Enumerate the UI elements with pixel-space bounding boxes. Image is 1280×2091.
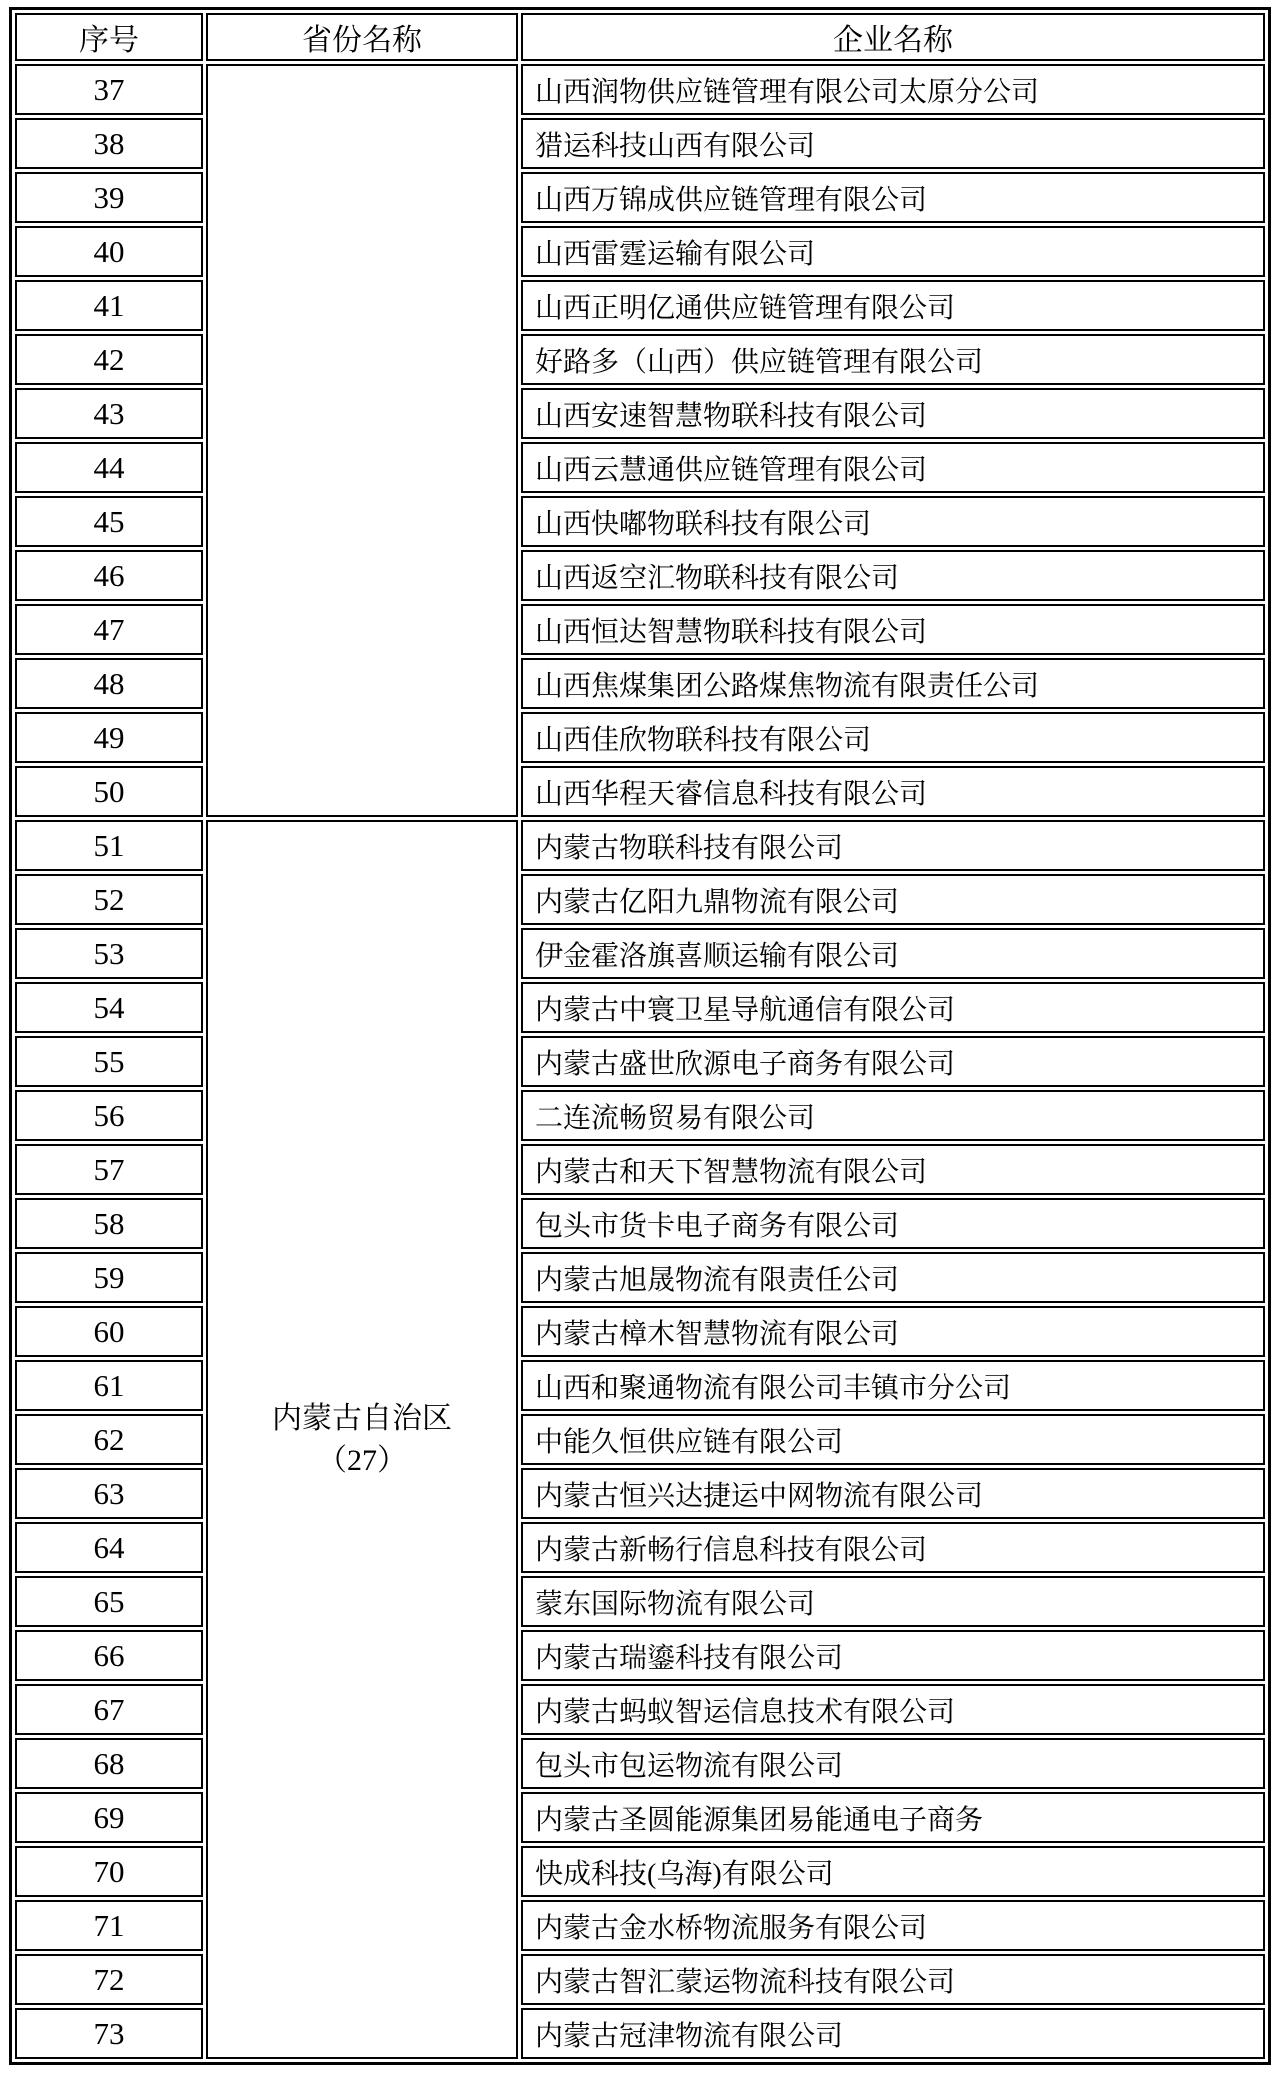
- header-row: 序号 省份名称 企业名称: [15, 13, 1265, 61]
- table-row: 54内蒙古中寰卫星导航通信有限公司: [15, 982, 1265, 1033]
- company-name-cell: 内蒙古旭晟物流有限责任公司: [521, 1252, 1265, 1303]
- row-number-cell: 45: [15, 496, 203, 547]
- row-number-cell: 65: [15, 1576, 203, 1627]
- company-name-cell: 内蒙古圣圆能源集团易能通电子商务: [521, 1792, 1265, 1843]
- table-row: 47山西恒达智慧物联科技有限公司: [15, 604, 1265, 655]
- header-serial-number: 序号: [15, 13, 203, 61]
- table-row: 46山西返空汇物联科技有限公司: [15, 550, 1265, 601]
- table-row: 37山西润物供应链管理有限公司太原分公司: [15, 64, 1265, 115]
- company-name-cell: 山西恒达智慧物联科技有限公司: [521, 604, 1265, 655]
- table-row: 45山西快嘟物联科技有限公司: [15, 496, 1265, 547]
- table-row: 56二连流畅贸易有限公司: [15, 1090, 1265, 1141]
- table-row: 40山西雷霆运输有限公司: [15, 226, 1265, 277]
- company-name-cell: 二连流畅贸易有限公司: [521, 1090, 1265, 1141]
- enterprise-list-table: 序号 省份名称 企业名称 37山西润物供应链管理有限公司太原分公司38猎运科技山…: [9, 7, 1271, 2065]
- table-row: 67内蒙古蚂蚁智运信息技术有限公司: [15, 1684, 1265, 1735]
- row-number-cell: 61: [15, 1360, 203, 1411]
- row-number-cell: 52: [15, 874, 203, 925]
- row-number-cell: 53: [15, 928, 203, 979]
- table-row: 63内蒙古恒兴达捷运中网物流有限公司: [15, 1468, 1265, 1519]
- company-name-cell: 山西雷霆运输有限公司: [521, 226, 1265, 277]
- table-row: 69内蒙古圣圆能源集团易能通电子商务: [15, 1792, 1265, 1843]
- table-row: 42好路多（山西）供应链管理有限公司: [15, 334, 1265, 385]
- company-name-cell: 包头市货卡电子商务有限公司: [521, 1198, 1265, 1249]
- table-row: 49山西佳欣物联科技有限公司: [15, 712, 1265, 763]
- row-number-cell: 56: [15, 1090, 203, 1141]
- company-name-cell: 猎运科技山西有限公司: [521, 118, 1265, 169]
- row-number-cell: 37: [15, 64, 203, 115]
- company-name-cell: 山西华程天睿信息科技有限公司: [521, 766, 1265, 817]
- company-name-cell: 内蒙古蚂蚁智运信息技术有限公司: [521, 1684, 1265, 1735]
- table-row: 59内蒙古旭晟物流有限责任公司: [15, 1252, 1265, 1303]
- table-row: 41山西正明亿通供应链管理有限公司: [15, 280, 1265, 331]
- table-row: 38猎运科技山西有限公司: [15, 118, 1265, 169]
- table-row: 73内蒙古冠津物流有限公司: [15, 2008, 1265, 2059]
- table-row: 48山西焦煤集团公路煤焦物流有限责任公司: [15, 658, 1265, 709]
- table-row: 72内蒙古智汇蒙运物流科技有限公司: [15, 1954, 1265, 2005]
- row-number-cell: 44: [15, 442, 203, 493]
- table-row: 70快成科技(乌海)有限公司: [15, 1846, 1265, 1897]
- table-row: 62中能久恒供应链有限公司: [15, 1414, 1265, 1465]
- row-number-cell: 66: [15, 1630, 203, 1681]
- table-row: 51内蒙古自治区（27）内蒙古物联科技有限公司: [15, 820, 1265, 871]
- row-number-cell: 60: [15, 1306, 203, 1357]
- row-number-cell: 64: [15, 1522, 203, 1573]
- company-name-cell: 山西焦煤集团公路煤焦物流有限责任公司: [521, 658, 1265, 709]
- province-name: 内蒙古自治区: [208, 1398, 516, 1440]
- row-number-cell: 51: [15, 820, 203, 871]
- table-row: 52内蒙古亿阳九鼎物流有限公司: [15, 874, 1265, 925]
- row-number-cell: 63: [15, 1468, 203, 1519]
- company-name-cell: 内蒙古冠津物流有限公司: [521, 2008, 1265, 2059]
- company-name-cell: 内蒙古亿阳九鼎物流有限公司: [521, 874, 1265, 925]
- row-number-cell: 70: [15, 1846, 203, 1897]
- company-name-cell: 山西润物供应链管理有限公司太原分公司: [521, 64, 1265, 115]
- company-name-cell: 山西和聚通物流有限公司丰镇市分公司: [521, 1360, 1265, 1411]
- company-name-cell: 伊金霍洛旗喜顺运输有限公司: [521, 928, 1265, 979]
- row-number-cell: 40: [15, 226, 203, 277]
- company-name-cell: 山西云慧通供应链管理有限公司: [521, 442, 1265, 493]
- company-name-cell: 内蒙古盛世欣源电子商务有限公司: [521, 1036, 1265, 1087]
- row-number-cell: 48: [15, 658, 203, 709]
- row-number-cell: 43: [15, 388, 203, 439]
- company-name-cell: 快成科技(乌海)有限公司: [521, 1846, 1265, 1897]
- row-number-cell: 55: [15, 1036, 203, 1087]
- table-row: 64内蒙古新畅行信息科技有限公司: [15, 1522, 1265, 1573]
- company-name-cell: 内蒙古瑞鎏科技有限公司: [521, 1630, 1265, 1681]
- company-name-cell: 内蒙古新畅行信息科技有限公司: [521, 1522, 1265, 1573]
- company-name-cell: 山西万锦成供应链管理有限公司: [521, 172, 1265, 223]
- table-row: 50山西华程天睿信息科技有限公司: [15, 766, 1265, 817]
- table-row: 53伊金霍洛旗喜顺运输有限公司: [15, 928, 1265, 979]
- company-name-cell: 内蒙古恒兴达捷运中网物流有限公司: [521, 1468, 1265, 1519]
- row-number-cell: 50: [15, 766, 203, 817]
- company-name-cell: 蒙东国际物流有限公司: [521, 1576, 1265, 1627]
- table-row: 44山西云慧通供应链管理有限公司: [15, 442, 1265, 493]
- company-name-cell: 内蒙古金水桥物流服务有限公司: [521, 1900, 1265, 1951]
- company-name-cell: 山西返空汇物联科技有限公司: [521, 550, 1265, 601]
- table-row: 57内蒙古和天下智慧物流有限公司: [15, 1144, 1265, 1195]
- company-name-cell: 山西佳欣物联科技有限公司: [521, 712, 1265, 763]
- company-name-cell: 山西正明亿通供应链管理有限公司: [521, 280, 1265, 331]
- row-number-cell: 69: [15, 1792, 203, 1843]
- row-number-cell: 73: [15, 2008, 203, 2059]
- row-number-cell: 38: [15, 118, 203, 169]
- row-number-cell: 62: [15, 1414, 203, 1465]
- province-cell: [206, 64, 518, 817]
- table-row: 66内蒙古瑞鎏科技有限公司: [15, 1630, 1265, 1681]
- row-number-cell: 67: [15, 1684, 203, 1735]
- table-row: 43山西安速智慧物联科技有限公司: [15, 388, 1265, 439]
- company-name-cell: 包头市包运物流有限公司: [521, 1738, 1265, 1789]
- province-count: （27）: [208, 1440, 516, 1482]
- row-number-cell: 68: [15, 1738, 203, 1789]
- row-number-cell: 59: [15, 1252, 203, 1303]
- table-row: 60内蒙古樟木智慧物流有限公司: [15, 1306, 1265, 1357]
- row-number-cell: 46: [15, 550, 203, 601]
- company-name-cell: 山西安速智慧物联科技有限公司: [521, 388, 1265, 439]
- row-number-cell: 41: [15, 280, 203, 331]
- province-cell: 内蒙古自治区（27）: [206, 820, 518, 2059]
- table-row: 61山西和聚通物流有限公司丰镇市分公司: [15, 1360, 1265, 1411]
- header-enterprise-name: 企业名称: [521, 13, 1265, 61]
- company-name-cell: 山西快嘟物联科技有限公司: [521, 496, 1265, 547]
- table-header-row: 序号 省份名称 企业名称: [15, 13, 1265, 61]
- table-row: 71内蒙古金水桥物流服务有限公司: [15, 1900, 1265, 1951]
- row-number-cell: 71: [15, 1900, 203, 1951]
- table-row: 39山西万锦成供应链管理有限公司: [15, 172, 1265, 223]
- row-number-cell: 58: [15, 1198, 203, 1249]
- table-row: 55内蒙古盛世欣源电子商务有限公司: [15, 1036, 1265, 1087]
- company-name-cell: 中能久恒供应链有限公司: [521, 1414, 1265, 1465]
- company-name-cell: 内蒙古和天下智慧物流有限公司: [521, 1144, 1265, 1195]
- table-row: 58包头市货卡电子商务有限公司: [15, 1198, 1265, 1249]
- row-number-cell: 57: [15, 1144, 203, 1195]
- row-number-cell: 72: [15, 1954, 203, 2005]
- row-number-cell: 39: [15, 172, 203, 223]
- row-number-cell: 47: [15, 604, 203, 655]
- row-number-cell: 49: [15, 712, 203, 763]
- header-province-name: 省份名称: [206, 13, 518, 61]
- company-name-cell: 好路多（山西）供应链管理有限公司: [521, 334, 1265, 385]
- company-name-cell: 内蒙古中寰卫星导航通信有限公司: [521, 982, 1265, 1033]
- table-body: 37山西润物供应链管理有限公司太原分公司38猎运科技山西有限公司39山西万锦成供…: [15, 64, 1265, 2059]
- company-name-cell: 内蒙古樟木智慧物流有限公司: [521, 1306, 1265, 1357]
- row-number-cell: 42: [15, 334, 203, 385]
- company-name-cell: 内蒙古物联科技有限公司: [521, 820, 1265, 871]
- company-name-cell: 内蒙古智汇蒙运物流科技有限公司: [521, 1954, 1265, 2005]
- row-number-cell: 54: [15, 982, 203, 1033]
- table-row: 65蒙东国际物流有限公司: [15, 1576, 1265, 1627]
- table-row: 68包头市包运物流有限公司: [15, 1738, 1265, 1789]
